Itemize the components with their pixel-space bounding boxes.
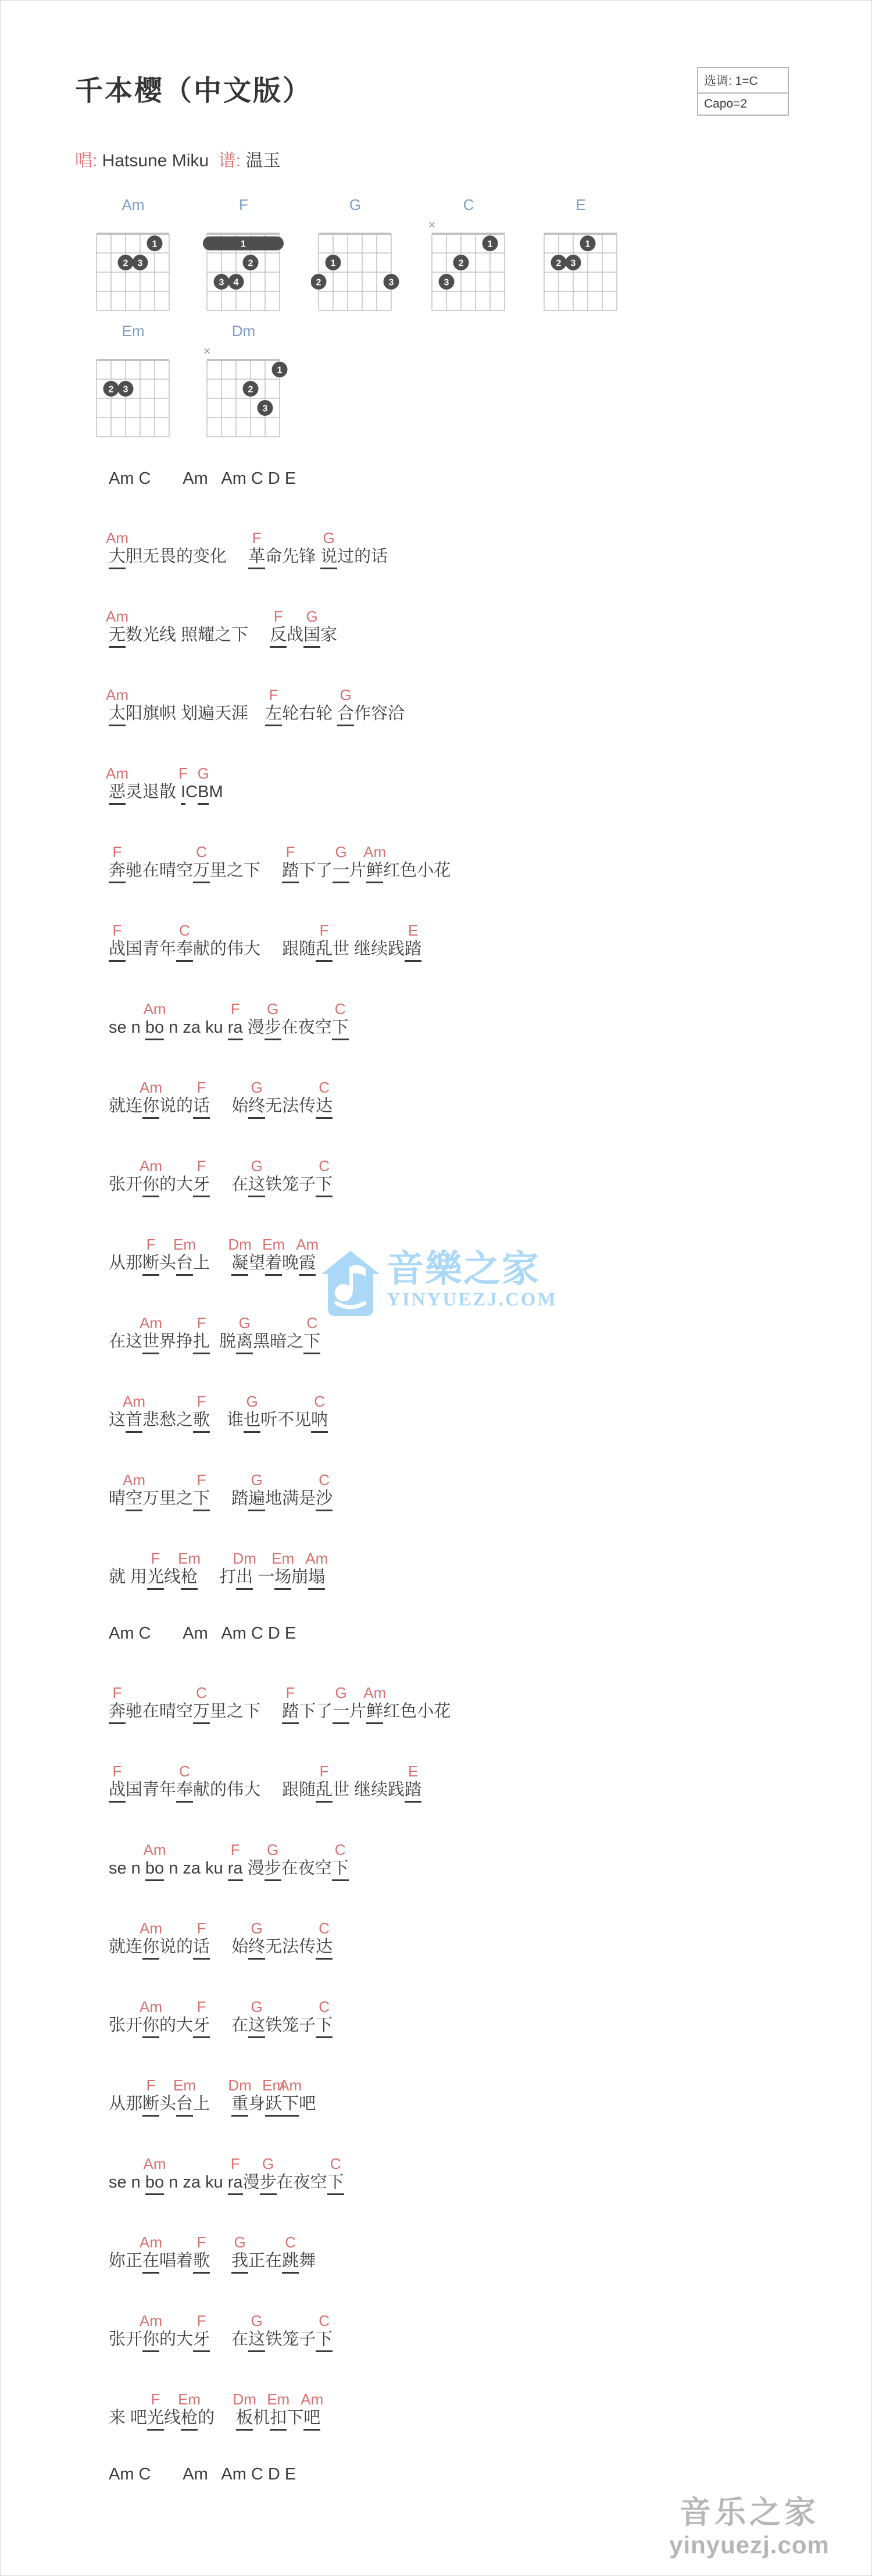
lyric-text: 下: [303, 1332, 320, 1354]
lyric-text: 里之下: [210, 1702, 282, 1721]
lyric-text: 我: [231, 2252, 248, 2274]
chord-symbol: F: [320, 922, 329, 940]
lyric-syllable: F乱: [316, 940, 333, 962]
chord-symbol: C: [314, 1393, 325, 1411]
lyric-text: 听不见: [260, 1411, 311, 1429]
svg-text:3: 3: [219, 278, 224, 288]
chord-symbol: Am: [363, 1684, 386, 1702]
lyric-text: 驰在晴空: [126, 861, 193, 880]
lyric-text: 你: [142, 1097, 159, 1119]
chord-symbol: Am: [106, 529, 128, 547]
chord-symbol: Em: [262, 1236, 285, 1254]
chord-symbol: Dm: [233, 2391, 256, 2409]
chord-symbol: Am: [140, 2234, 162, 2252]
lyric-syllable: C下: [303, 1332, 320, 1354]
lyric-syllable: Ambo: [145, 1859, 164, 1881]
lyric-text: 鲜: [366, 1702, 383, 1724]
lyric-text: 国青年: [126, 1781, 176, 1799]
chord-symbol: F: [146, 1236, 156, 1254]
lyric-syllable: C下: [316, 2330, 333, 2352]
chord-symbol: F: [197, 1919, 206, 1938]
svg-text:3: 3: [138, 259, 143, 269]
chord-sheet-page: 千本樱（中文版） 选调: 1=C Capo=2 唱: Hatsune Miku …: [0, 0, 872, 2576]
lyric-text: 战: [109, 1781, 126, 1803]
lyric-text: 里之下: [210, 861, 282, 880]
lyric-syllable: Am塌: [308, 1568, 325, 1590]
lyric-syllable: Em场: [274, 1568, 291, 1590]
chord-symbol: E: [408, 922, 418, 940]
lyric-text: 踏: [282, 1702, 299, 1724]
svg-text:2: 2: [123, 259, 128, 269]
lyric-text: 驰在晴空: [126, 1702, 193, 1721]
lyric-text: 张开: [109, 1175, 142, 1194]
lyric-line: 张开Am你的大F牙 在G这铁笼子C下: [109, 1153, 451, 1196]
lyric-text: 世 继续践: [333, 940, 405, 958]
lyric-syllable: Am太: [109, 704, 126, 726]
lyric-text: 下: [193, 1489, 210, 1511]
lyric-text: 下: [316, 2016, 333, 2038]
lyric-text: n za ku: [164, 1859, 228, 1878]
chord-symbol: F: [197, 1393, 206, 1411]
lyric-text: 终: [248, 1097, 265, 1119]
lyric-syllable: F踏: [282, 1702, 299, 1724]
lyric-text: 奉: [176, 1781, 193, 1803]
lyric-syllable: Ambo: [145, 2173, 164, 2195]
lyric-syllable: Am你: [142, 2330, 159, 2352]
chord-symbol: C: [335, 1000, 346, 1018]
lyric-text: 踏: [405, 940, 421, 962]
lyric-text: 光: [147, 2409, 164, 2431]
lyric-text: 这: [248, 2330, 265, 2352]
lyric-syllable: F光: [147, 2409, 164, 2431]
chord-symbol: C: [179, 1762, 190, 1781]
lyric-text: 铁笼子: [265, 1175, 316, 1194]
lyric-syllable: G一: [333, 861, 349, 883]
lyric-syllable: F光: [147, 1568, 164, 1590]
chord-symbol: F: [231, 1000, 240, 1018]
lyric-text: 灵退散: [126, 783, 181, 801]
watermark-middle: 音樂之家 YINYUEZJ.COM: [320, 1250, 557, 1317]
lyric-text: 下了: [299, 1702, 333, 1721]
lyric-syllable: C下: [316, 2016, 333, 2038]
chord-symbol: F: [286, 1684, 295, 1702]
lyric-text: 舞: [299, 2252, 316, 2270]
lyric-text: 乱: [316, 1781, 333, 1803]
lyric-text: 鲜: [366, 861, 383, 883]
lyric-syllable: F反: [270, 626, 287, 648]
lyric-text: 漫: [243, 2173, 260, 2192]
watermark-site-name: 音樂之家: [387, 1250, 557, 1288]
lyric-text: 在: [142, 2252, 159, 2274]
lyric-text: 国青年: [126, 940, 176, 958]
svg-text:2: 2: [248, 385, 253, 395]
lyric-text: 合: [337, 704, 354, 726]
lyric-syllable: Em台: [176, 2095, 193, 2117]
lyric-text: 无: [109, 626, 126, 648]
lyric-syllable: Am吧: [303, 2409, 320, 2431]
chord-symbol: Am: [140, 1314, 162, 1332]
chord-symbol: Em: [271, 1550, 294, 1568]
lyric-syllable: G这: [248, 1175, 265, 1197]
lyric-text: 胆无畏的变化: [126, 547, 248, 566]
lyric-text: 断: [142, 2095, 159, 2117]
lyric-text: 这: [248, 1175, 265, 1197]
chord-symbol: C: [335, 1841, 346, 1859]
lyric-line: 从那F断头Em台上 Dm重身Em跃Am下吧: [109, 2072, 451, 2115]
chord-symbol: Am: [106, 608, 128, 626]
lyric-text: 话: [193, 1938, 210, 1960]
svg-text:2: 2: [556, 259, 562, 269]
lyric-text: 枪: [181, 2409, 198, 2431]
lyric-syllable: G说: [320, 547, 337, 569]
fretboard-grid: 123: [311, 214, 399, 314]
chord-symbol: Am: [140, 1079, 162, 1097]
lyric-text: n za ku: [164, 1018, 228, 1037]
lyric-text: 从那: [109, 2095, 142, 2113]
lyric-line: 就连Am你说的F话 始G终无法传C达: [109, 1915, 451, 1958]
lyric-line: se n Ambo n za ku Fra 漫G步在夜空C下: [109, 996, 451, 1039]
lyric-text: 在这: [109, 1332, 142, 1351]
chord-symbol: F: [197, 1314, 206, 1332]
lyric-syllable: F牙: [193, 1175, 210, 1197]
chord-symbol: Am: [140, 1919, 162, 1938]
lyric-syllable: Am世: [142, 1332, 159, 1354]
lyric-text: 晚: [282, 1254, 299, 1272]
lyric-syllable: F话: [193, 1097, 210, 1119]
lyric-text: 铁笼子: [265, 2330, 316, 2349]
lyric-syllable: F踏: [282, 861, 299, 883]
lyric-text: 遍: [248, 1489, 265, 1511]
lyric-text: 来 吧: [109, 2409, 147, 2427]
lyric-syllable: C下: [332, 1859, 349, 1881]
fretboard-grid: ×123: [199, 340, 288, 440]
chord-symbol: Am: [144, 1841, 166, 1859]
chord-symbol: Am: [144, 1000, 166, 1018]
chord-symbol: F: [274, 608, 283, 626]
lyric-syllable: F乱: [316, 1781, 333, 1803]
lyric-text: 吧: [303, 2409, 320, 2431]
lyric-text: 达: [316, 1097, 333, 1119]
svg-text:1: 1: [277, 366, 283, 376]
chord-progression-line: Am C Am Am C D E: [109, 2465, 451, 2484]
lyric-syllable: F牙: [193, 2016, 210, 2038]
lyric-syllable: Am在: [142, 2252, 159, 2274]
svg-text:1: 1: [488, 240, 493, 249]
lyric-text: 妳正: [109, 2252, 142, 2270]
lyric-syllable: F话: [193, 1938, 210, 1960]
chord-symbol: F: [320, 1762, 329, 1781]
chord-diagram-label: E: [537, 195, 625, 214]
lyric-text: 线: [164, 1568, 181, 1586]
lyric-text: 就 用: [109, 1568, 147, 1586]
chord-symbol: G: [251, 1471, 263, 1489]
lyric-syllable: F奔: [109, 1702, 126, 1724]
lyric-text: bo: [145, 1859, 164, 1881]
lyric-syllable: F战: [109, 940, 126, 962]
lyric-syllable: Dm出: [236, 1568, 253, 1590]
chord-diagram-E: E123: [537, 195, 625, 317]
lyric-syllable: Am无: [109, 626, 126, 648]
lyric-text: 献的伟大 跟随: [193, 940, 316, 958]
chord-symbol: Dm: [228, 1236, 251, 1254]
lyric-syllable: C奉: [176, 940, 193, 962]
lyric-text: 在夜空: [281, 1859, 332, 1878]
lyric-syllable: Am你: [142, 1938, 159, 1960]
chord-symbol: F: [197, 2234, 206, 2252]
lyric-text: [210, 2252, 231, 2270]
chord-symbol: G: [251, 1919, 263, 1938]
key-line: 选调: 1=C: [698, 68, 788, 92]
fretboard-grid: 123: [537, 214, 625, 314]
chord-symbol: G: [251, 1079, 263, 1097]
svg-text:3: 3: [123, 385, 128, 395]
lyric-text: 吧: [299, 2095, 316, 2113]
lyric-text: I: [181, 783, 185, 805]
svg-text:2: 2: [459, 259, 464, 269]
chord-symbol: Am: [140, 1998, 162, 2016]
chord-symbol: F: [146, 2077, 156, 2095]
lyric-text: 枪: [181, 1568, 198, 1590]
chord-symbol: C: [319, 2312, 330, 2330]
lyric-text: 说的: [159, 1097, 193, 1115]
chord-symbol: C: [285, 2234, 296, 2252]
lyric-text: 下: [316, 2330, 333, 2352]
svg-text:3: 3: [389, 278, 394, 288]
lyric-text: 作容洽: [354, 704, 405, 723]
lyric-text: 无法传: [265, 1938, 316, 1956]
lyric-text: 重: [231, 2095, 248, 2117]
lyric-syllable: Fra: [228, 2173, 243, 2195]
lyric-line: 晴Am空万里之F下 踏G遍地满是C沙: [109, 1467, 451, 1510]
watermark-middle-text: 音樂之家 YINYUEZJ.COM: [387, 1250, 557, 1311]
lyric-text: 无法传: [265, 1097, 316, 1115]
svg-text:1: 1: [241, 240, 246, 249]
chord-progression-line: Am C Am Am C D E: [109, 469, 451, 488]
chord-symbol: G: [198, 765, 209, 783]
chord-diagram-Am: Am123: [89, 195, 177, 317]
lyric-text: 过的话: [337, 547, 388, 566]
lyric-syllable: G我: [231, 2252, 248, 2274]
watermark-bottom: 音乐之家 yinyuezj.com: [656, 2495, 842, 2560]
chord-symbol: Am: [296, 1236, 319, 1254]
lyric-text: 战: [287, 626, 303, 644]
lyric-text: 霞: [299, 1254, 316, 1276]
lyric-syllable: F左: [265, 704, 282, 726]
lyric-line: 就 用F光线Em枪 打Dm出 一Em场崩Am塌: [109, 1546, 451, 1588]
lyric-text: n za ku: [164, 2173, 228, 2192]
lyric-syllable: C下: [316, 1175, 333, 1197]
chord-symbol: G: [239, 1314, 251, 1332]
lyric-syllable: C达: [316, 1097, 333, 1119]
chord-symbol: Em: [178, 1550, 201, 1568]
lyric-text: 头: [159, 1254, 176, 1272]
lyric-text: 世 继续践: [333, 1781, 405, 1799]
lyric-text: 台: [176, 2095, 193, 2117]
lyric-syllable: Am恶: [109, 783, 126, 805]
singer-name: Hatsune Miku: [97, 151, 218, 170]
chord-symbol: F: [269, 686, 278, 704]
lyric-syllable: Em跃: [265, 2095, 282, 2117]
lyric-text: 家: [320, 626, 337, 644]
chord-symbol: G: [335, 1684, 347, 1702]
svg-text:2: 2: [316, 278, 321, 288]
lyric-text: 你: [142, 1175, 159, 1197]
lyric-text: 牙: [193, 1175, 210, 1197]
lyric-text: 晴: [109, 1489, 126, 1508]
lyric-text: 革: [248, 547, 265, 569]
lyric-text: 奔: [109, 861, 126, 883]
lyric-text: 奉: [176, 940, 193, 962]
lyric-text: 的大: [159, 1175, 193, 1194]
arranger-name: 温玉: [241, 151, 280, 170]
lyric-text: 扣: [270, 2409, 287, 2431]
lyric-syllable: FI: [181, 783, 185, 805]
lyric-text: C: [185, 783, 198, 801]
lyric-syllable: Ambo: [145, 1018, 164, 1040]
lyric-text: 下: [332, 1018, 349, 1040]
chord-symbol: F: [252, 529, 262, 547]
lyric-text: 一: [333, 861, 349, 883]
lyric-text: 一: [333, 1702, 349, 1724]
lyric-syllable: G这: [248, 2016, 265, 2038]
lyric-syllable: Em枪: [181, 2409, 198, 2431]
fretboard-grid: 23: [89, 340, 177, 440]
lyric-text: 谁: [210, 1411, 244, 1429]
lyric-syllable: G一: [333, 1702, 349, 1724]
chord-symbol: C: [179, 922, 190, 940]
lyric-text: 上: [193, 1254, 231, 1272]
chord-symbol: G: [267, 1000, 278, 1018]
chord-symbol: Dm: [228, 2077, 251, 2095]
lyric-syllable: C奉: [176, 1781, 193, 1803]
lyric-text: 在: [210, 2330, 248, 2349]
chord-symbol: C: [319, 1471, 330, 1489]
chord-symbol: C: [319, 1998, 330, 2016]
lyric-syllable: F歌: [193, 1411, 210, 1433]
lyric-syllable: Am空: [126, 1489, 142, 1511]
lyric-text: 恶: [109, 783, 126, 805]
svg-text:1: 1: [152, 240, 158, 249]
lyric-text: 身: [248, 2095, 265, 2113]
lyric-text: 反: [270, 626, 287, 648]
watermark-bottom-name: 音乐之家: [656, 2495, 842, 2530]
chord-diagram-label: C: [424, 195, 513, 214]
chord-symbol: C: [319, 1157, 330, 1175]
lyric-text: 张开: [109, 2016, 142, 2035]
lyric-syllable: F断: [142, 2095, 159, 2117]
chord-symbol: Dm: [233, 1550, 256, 1568]
lyric-text: 始: [210, 1097, 248, 1115]
lyric-text: 一: [253, 1568, 274, 1586]
chord-symbol: Am: [279, 2077, 302, 2095]
chord-symbol: G: [234, 2234, 246, 2252]
lyric-syllable: G终: [248, 1097, 265, 1119]
chord-progression-line: Am C Am Am C D E: [109, 1624, 451, 1643]
svg-text:4: 4: [234, 278, 239, 288]
lyric-text: ra: [228, 1859, 243, 1881]
lyric-line: 来 吧F光线Em枪的 Dm板机Em扣下Am吧: [109, 2386, 451, 2429]
lyric-syllable: GB: [198, 783, 209, 805]
lyric-text: 在夜空: [281, 1018, 332, 1037]
chord-symbol: Am: [144, 2155, 166, 2173]
lyric-text: 跳: [282, 2252, 299, 2274]
lyric-text: 首: [126, 1411, 142, 1433]
lyric-text: 万: [193, 1702, 210, 1724]
lyric-text: 下: [327, 2173, 344, 2195]
watermark-bottom-url: yinyuezj.com: [656, 2530, 842, 2560]
chord-symbol: C: [319, 1919, 330, 1938]
lyric-text: 扎: [193, 1332, 210, 1354]
lyric-text: 踏: [282, 861, 299, 883]
lyric-text: 歌: [193, 1411, 210, 1433]
lyric-text: 场: [274, 1568, 291, 1590]
lyric-syllable: G步: [265, 1859, 281, 1881]
watermark-site-url: YINYUEZJ.COM: [387, 1289, 557, 1311]
lyric-syllable: C下: [327, 2173, 344, 2195]
lyric-text: 唱着: [159, 2252, 193, 2270]
chord-symbol: F: [231, 1841, 240, 1859]
chord-symbol: Am: [140, 2312, 162, 2330]
lyric-text: 下: [316, 1175, 333, 1197]
chord-symbol: Am: [363, 843, 386, 861]
chord-symbol: G: [306, 608, 318, 626]
lyric-syllable: F歌: [193, 2252, 210, 2274]
lyric-text: 命先锋: [265, 547, 320, 566]
lyric-syllable: F战: [109, 1781, 126, 1803]
lyric-text: 片: [349, 1702, 366, 1721]
lyric-syllable: C跳: [282, 2252, 299, 2274]
chord-symbol: G: [262, 2155, 274, 2173]
lyric-syllable: Em着: [265, 1254, 282, 1276]
lyric-text: 打: [198, 1568, 236, 1586]
lyric-syllable: G步: [260, 2173, 277, 2195]
lyric-text: 踏: [405, 1781, 421, 1803]
lyric-syllable: F革: [248, 547, 265, 569]
chord-symbol: Am: [301, 2391, 323, 2409]
chord-symbol: Am: [123, 1393, 145, 1411]
lyric-text: 说: [320, 547, 337, 569]
lyric-text: B: [198, 783, 209, 805]
chord-symbol: F: [151, 1550, 160, 1568]
lyric-syllable: C呐: [311, 1411, 328, 1433]
lyric-syllable: Am你: [142, 2016, 159, 2038]
chord-symbol: F: [197, 1998, 206, 2016]
svg-text:1: 1: [331, 259, 336, 269]
chord-symbol: C: [196, 1684, 207, 1702]
chord-symbol: F: [197, 1471, 206, 1489]
lyric-text: 在夜空: [277, 2173, 327, 2192]
lyric-syllable: Am大: [109, 547, 126, 569]
lyric-text: 崩: [291, 1568, 308, 1586]
lyric-text: 红色小花: [383, 861, 451, 880]
lyric-syllable: Am霞: [299, 1254, 316, 1276]
lyric-text: 红色小花: [383, 1702, 451, 1721]
lyric-text: 战: [109, 940, 126, 962]
lyric-line: se n Ambo n za ku Fra 漫G步在夜空C下: [109, 1837, 451, 1879]
lyric-syllable: G遍: [248, 1489, 265, 1511]
lyric-text: 也: [244, 1411, 260, 1433]
lyric-line: 妳正Am在唱着F歌 G我正在C跳舞: [109, 2229, 451, 2272]
chord-diagram-C: C×123: [424, 195, 513, 317]
lyric-text: 就连: [109, 1097, 142, 1115]
lyric-text: 下: [332, 1859, 349, 1881]
lyric-line: 这Am首悲愁之F歌 谁G也听不见C呐: [109, 1389, 451, 1431]
chord-diagram-F: F1234: [199, 195, 288, 317]
lyric-line: Am恶灵退散 FICGBM: [109, 761, 451, 803]
chord-symbol: C: [196, 843, 207, 861]
chord-symbol: F: [197, 2312, 206, 2330]
chord-diagram-label: Em: [89, 322, 177, 340]
